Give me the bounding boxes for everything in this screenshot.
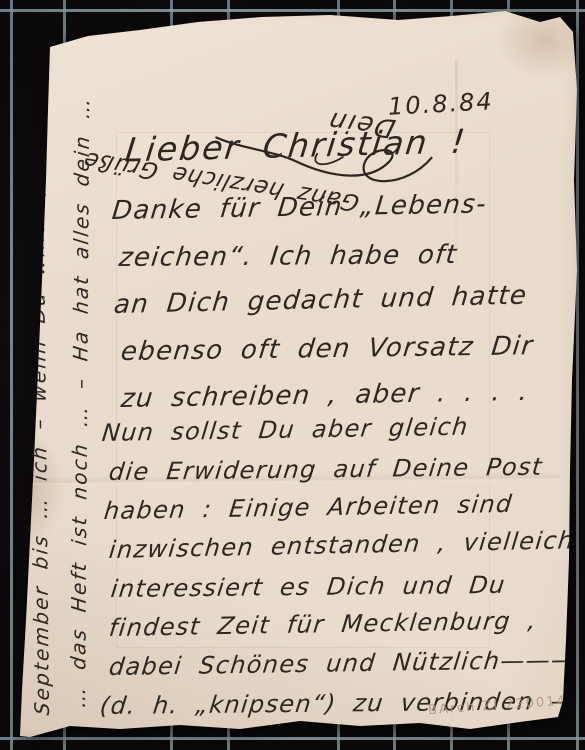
handwriting-line: Danke für Dein „Lebens- — [110, 181, 536, 235]
letter-paper: Ganz herzliche Grüße Dein 10.8.84 Lieber… — [0, 0, 585, 750]
letter-paper-wrap: Ganz herzliche Grüße Dein 10.8.84 Lieber… — [0, 0, 585, 750]
letter-paragraph-2: Nun sollst Du aber gleich die Erwiderung… — [102, 414, 585, 726]
margin-note-inner: … das Heft ist noch … – Ha hat alles dei… — [66, 96, 94, 709]
handwriting-line: Nun sollst Du aber gleich — [100, 405, 585, 453]
letter-date: 10.8.84 — [387, 87, 494, 120]
handwriting-line: dabei Schönes und Nützlich——— — [107, 640, 585, 687]
handwriting-line: ebenso oft den Vorsatz Dir — [118, 323, 535, 376]
margin-note-outer: September bis … ich – wenn Du willst , D… — [23, 84, 54, 716]
handwriting-line: an Dich gedacht und hatte — [112, 273, 536, 329]
letter-paragraph-1: Danke für Dein „Lebens- zeichen“. Ich ha… — [112, 188, 533, 423]
